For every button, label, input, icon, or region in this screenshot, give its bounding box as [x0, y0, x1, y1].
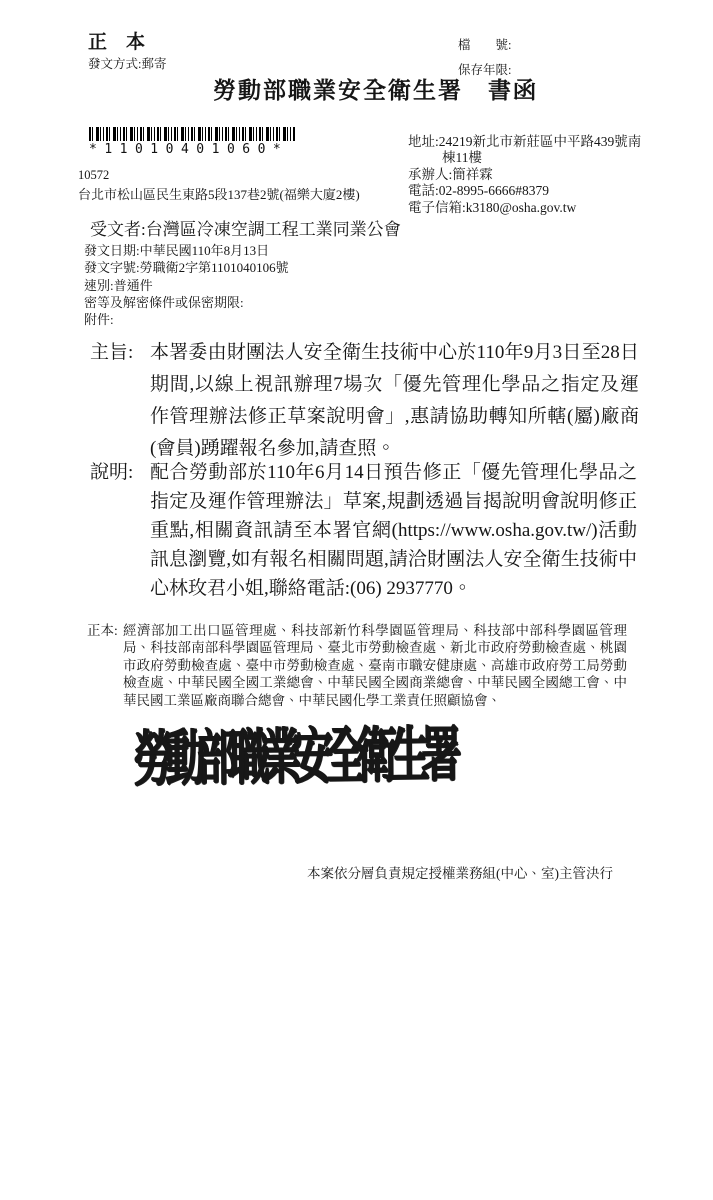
- recipient-line: 受文者:台灣區冷凍空調工程工業同業公會: [90, 215, 401, 240]
- agency-contact-person: 承辦人:簡祥霖: [408, 167, 641, 183]
- description-label: 說明:: [90, 458, 150, 487]
- copy-type-label: 正 本: [88, 27, 145, 54]
- description-text: 配合勞動部於110年6月14日預告修正「優先管理化學品之指定及運作管理辦法」草案…: [150, 458, 637, 603]
- document-title: 勞動部職業安全衛生署 書函: [213, 72, 538, 105]
- subject-label: 主旨:: [90, 337, 150, 369]
- agency-address-line1: 地址:24219新北市新莊區中平路439號南: [408, 134, 641, 150]
- speed-line: 速別:普通件: [84, 277, 289, 294]
- description-paragraph: 說明: 配合勞動部於110年6月14日預告修正「優先管理化學品之指定及運作管理辦…: [90, 458, 637, 603]
- file-number-label: 檔 號:: [458, 35, 511, 53]
- agency-signature-stamp: 勞動部職業安全衛生署: [133, 707, 454, 798]
- agency-phone: 電話:02-8995-6666#8379: [408, 183, 641, 199]
- scanned-official-letter: 正 本 發文方式:郵寄 檔 號: 保存年限: 勞動部職業安全衛生署 書函 *11…: [0, 0, 713, 1200]
- delivery-method-label: 發文方式:郵寄: [88, 54, 166, 72]
- barcode-image: [89, 127, 295, 141]
- agency-email: 電子信箱:k3180@osha.gov.tw: [408, 200, 641, 216]
- agency-address-line2: 棟11樓: [408, 150, 641, 166]
- authorization-note: 本案依分層負責規定授權業務組(中心、室)主管決行: [307, 862, 613, 882]
- barcode-text: *11010401060*: [89, 142, 295, 157]
- meta-block: 發文日期:中華民國110年8月13日 發文字號:勞職衛2字第1101040106…: [84, 242, 289, 328]
- security-line: 密等及解密條件或保密期限:: [84, 294, 289, 311]
- doc-number-line: 發文字號:勞職衛2字第1101040106號: [84, 259, 289, 276]
- subject-text: 本署委由財團法人安全衛生技術中心於110年9月3日至28日期間,以線上視訊辦理7…: [150, 337, 639, 465]
- recipient-street-address: 台北市松山區民生東路5段137巷2號(福樂大廈2樓): [78, 184, 360, 203]
- subject-paragraph: 主旨: 本署委由財團法人安全衛生技術中心於110年9月3日至28日期間,以線上視…: [90, 337, 639, 465]
- copies-text: 經濟部加工出口區管理處、科技部新竹科學園區管理局、科技部中部科學園區管理局、科技…: [123, 622, 627, 709]
- copies-distribution-paragraph: 正本: 經濟部加工出口區管理處、科技部新竹科學園區管理局、科技部中部科學園區管理…: [87, 622, 627, 709]
- agency-contact-block: 地址:24219新北市新莊區中平路439號南 棟11樓 承辦人:簡祥霖 電話:0…: [408, 134, 641, 216]
- attachment-line: 附件:: [84, 311, 289, 328]
- barcode: *11010401060*: [89, 127, 295, 157]
- issue-date-line: 發文日期:中華民國110年8月13日: [84, 242, 289, 259]
- recipient-zip: 10572: [78, 168, 109, 183]
- copies-label: 正本:: [87, 622, 123, 639]
